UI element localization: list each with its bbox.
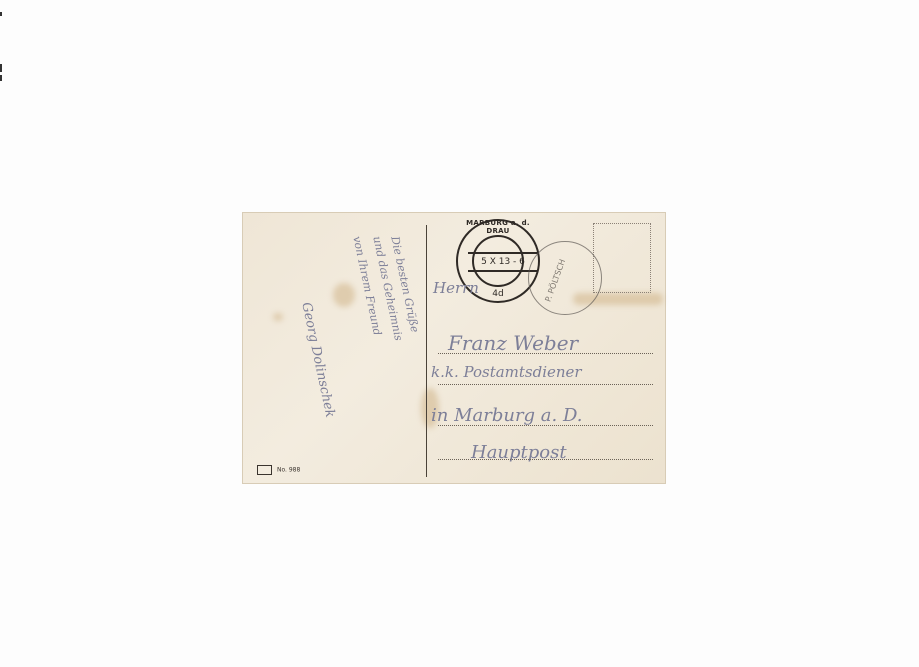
stain	[333, 283, 355, 307]
address-line	[438, 353, 653, 354]
postmark-city: MARBURG a. d. DRAU	[462, 219, 534, 235]
address-line	[438, 425, 653, 426]
postcard: MARBURG a. d. DRAU 5 X 13 - 6 4d P. PÖLT…	[243, 213, 665, 483]
publisher-number: No. 988	[277, 467, 300, 474]
address-line	[438, 384, 653, 385]
postmark-date: 5 X 13 - 6	[468, 252, 538, 272]
recipient-title: k.k. Postamtsdiener	[431, 363, 582, 381]
publisher-mark: No. 988	[257, 465, 300, 475]
postmark-inner-ring: 5 X 13 - 6	[472, 235, 524, 287]
publisher-logo-icon	[257, 465, 272, 475]
scan-edge-mark	[0, 64, 2, 72]
secondary-postmark: P. PÖLTSCH	[528, 241, 602, 315]
address-line	[438, 459, 653, 460]
stain	[273, 313, 283, 321]
recipient-city: in Marburg a. D.	[431, 405, 583, 426]
secondary-postmark-text: P. PÖLTSCH	[543, 258, 567, 303]
scan-edge-mark	[0, 12, 2, 16]
recipient-name: Franz Weber	[448, 331, 578, 355]
message-signature: Georg Dolinschek	[298, 301, 337, 419]
scan-edge-mark	[0, 75, 2, 81]
recipient-salutation: Herrn	[433, 279, 479, 297]
divider-line	[426, 225, 427, 477]
